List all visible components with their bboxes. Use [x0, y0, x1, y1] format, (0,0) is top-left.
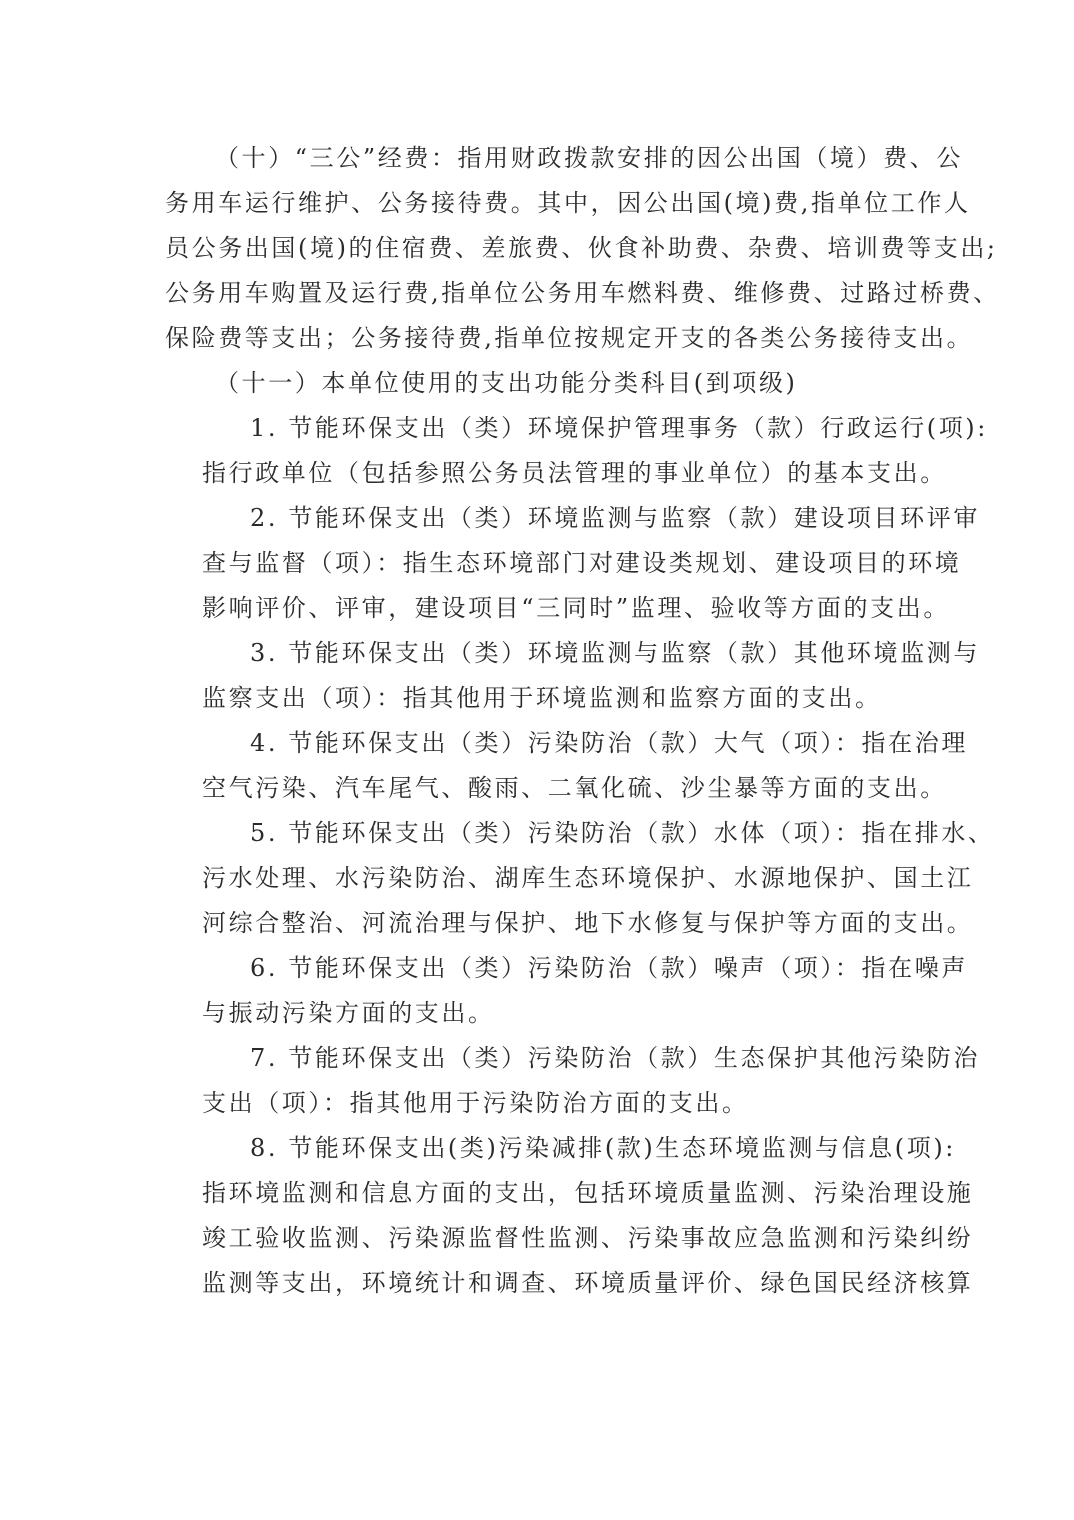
item-4-line-2: 空气污染、汽车尾气、酸雨、二氧化硫、沙尘暴等方面的支出。: [202, 773, 947, 803]
section10-line-1: （十）“三公”经费：指用财政拨款安排的因公出国（境）费、公: [215, 143, 963, 173]
item-5-line-2: 污水处理、水污染防治、湖库生态环境保护、水源地保护、国土江: [202, 863, 973, 893]
section10-line-4: 公务用车购置及运行费,指单位公务用车燃料费、维修费、过路过桥费、: [165, 278, 1000, 308]
item-2-line-2: 查与监督（项）：指生态环境部门对建设类规划、建设项目的环境: [202, 548, 961, 578]
item-3-line-1: 3. 节能环保支出（类）环境监测与监察（款）其他环境监测与: [250, 638, 980, 668]
item-5-line-3: 河综合整治、河流治理与保护、地下水修复与保护等方面的支出。: [202, 908, 973, 938]
item-3-line-2: 监察支出（项）：指其他用于环境监测和监察方面的支出。: [202, 683, 882, 713]
section11-heading: （十一）本单位使用的支出功能分类科目(到项级): [215, 368, 798, 398]
item-2-line-1: 2. 节能环保支出（类）环境监测与监察（款）建设项目环评审: [250, 503, 980, 533]
item-4-line-1: 4. 节能环保支出（类）污染防治（款）大气（项）：指在治理: [250, 728, 968, 758]
item-8-line-3: 竣工验收监测、污染源监督性监测、污染事故应急监测和污染纠纷: [202, 1223, 973, 1253]
document-page: （十）“三公”经费：指用财政拨款安排的因公出国（境）费、公 务用车运行维护、公务…: [0, 0, 1074, 1520]
item-8-line-2: 指环境监测和信息方面的支出，包括环境质量监测、污染治理设施: [202, 1178, 973, 1208]
item-7-line-2: 支出（项）：指其他用于污染防治方面的支出。: [202, 1088, 749, 1118]
item-1-line-1: 1. 节能环保支出（类）环境保护管理事务（款）行政运行(项):: [250, 413, 988, 443]
item-2-line-3: 影响评价、评审，建设项目“三同时”监理、验收等方面的支出。: [202, 593, 950, 623]
item-8-line-4: 监测等支出，环境统计和调查、环境质量评价、绿色国民经济核算: [202, 1268, 973, 1298]
item-8-line-1: 8. 节能环保支出(类)污染减排(款)生态环境监测与信息(项):: [250, 1133, 956, 1163]
item-6-line-1: 6. 节能环保支出（类）污染防治（款）噪声（项）：指在噪声: [250, 953, 968, 983]
section10-line-2: 务用车运行维护、公务接待费。其中，因公出国(境)费,指单位工作人: [165, 188, 971, 218]
section10-line-3: 员公务出国(境)的住宿费、差旅费、伙食补助费、杂费、培训费等支出;: [165, 233, 998, 263]
section10-line-5: 保险费等支出；公务接待费,指单位按规定开支的各类公务接待支出。: [165, 323, 973, 353]
item-7-line-1: 7. 节能环保支出（类）污染防治（款）生态保护其他污染防治: [250, 1043, 980, 1073]
item-1-line-2: 指行政单位（包括参照公务员法管理的事业单位）的基本支出。: [202, 458, 947, 488]
item-6-line-2: 与振动污染方面的支出。: [202, 998, 495, 1028]
item-5-line-1: 5. 节能环保支出（类）污染防治（款）水体（项）：指在排水、: [250, 818, 995, 848]
